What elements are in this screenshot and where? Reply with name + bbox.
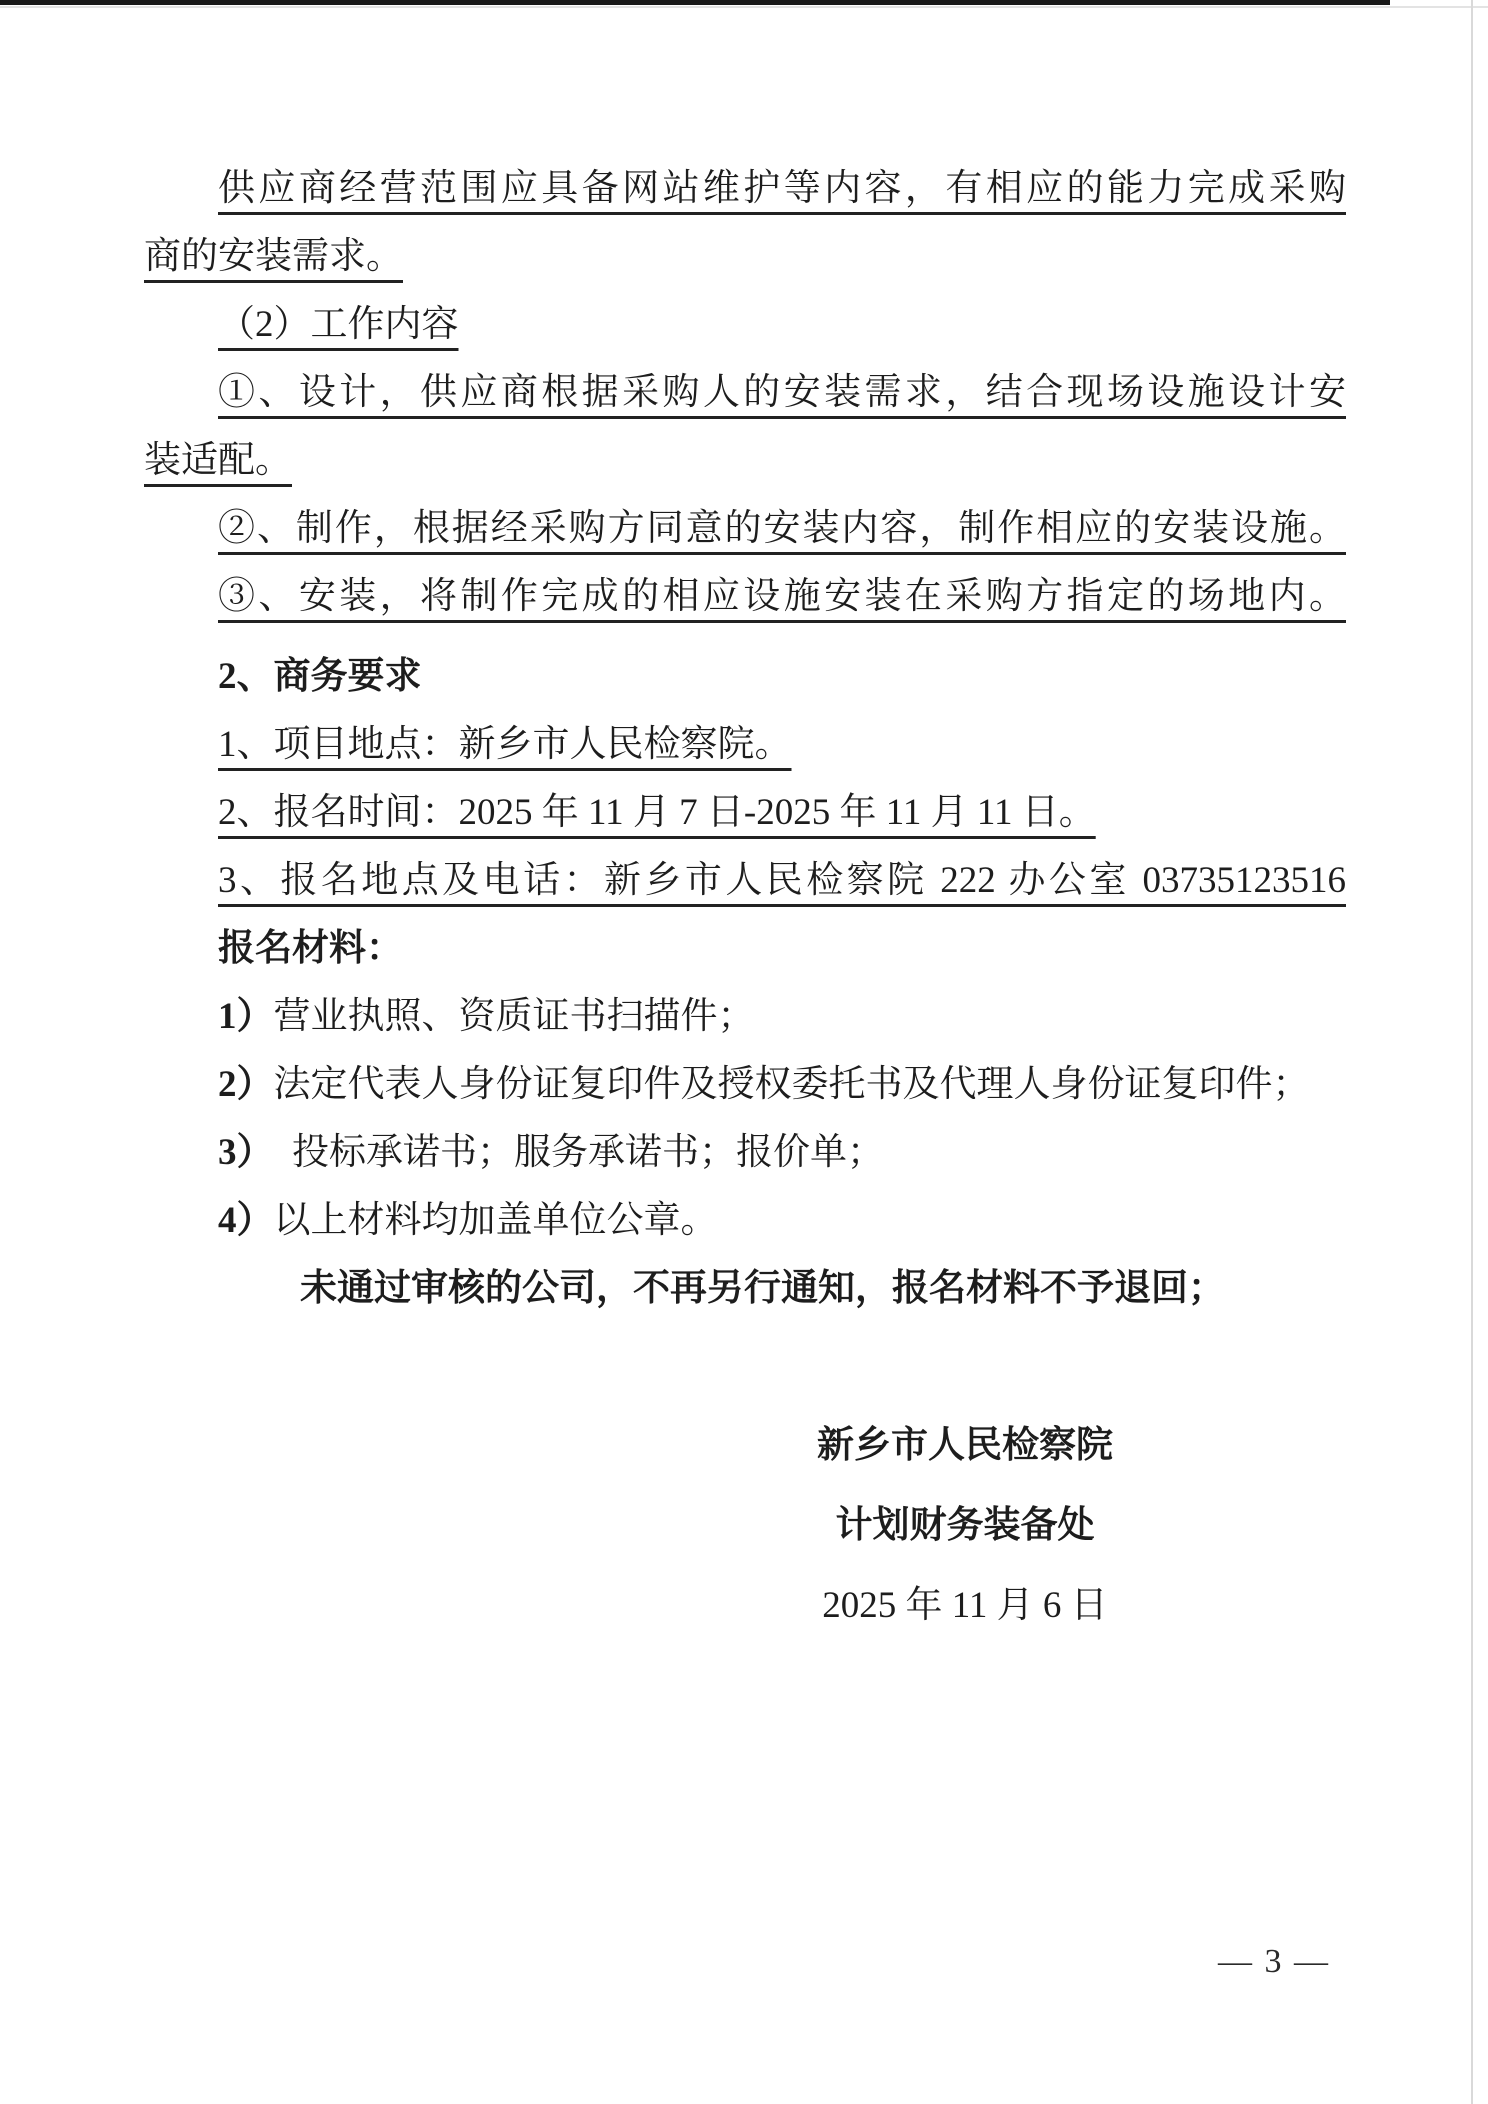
- material-item-2-text: 法定代表人身份证复印件及授权委托书及代理人身份证复印件；: [274, 1064, 1310, 1105]
- item-registration-time: 2、报名时间：2025 年 11 月 7 日-2025 年 11 月 11 日。: [144, 779, 1346, 847]
- note-review-notice: 未通过审核的公司，不再另行通知，报名材料不予退回；: [144, 1255, 1346, 1323]
- document-body: 供应商经营范围应具备网站维护等内容，有相应的能力完成采购 商的安装需求。 （2）…: [144, 155, 1346, 1646]
- material-item-1: 1）营业执照、资质证书扫描件；: [144, 983, 1346, 1051]
- signature-block: 新乡市人民检察院 计划财务装备处 2025 年 11 月 6 日: [705, 1406, 1225, 1646]
- material-item-4: 4）以上材料均加盖单位公章。: [144, 1187, 1346, 1255]
- material-item-1-marker: 1）: [218, 996, 274, 1037]
- material-item-4-marker: 4）: [218, 1200, 274, 1241]
- page-number: — 3 —: [1218, 1943, 1330, 1981]
- material-item-2: 2）法定代表人身份证复印件及授权委托书及代理人身份证复印件；: [144, 1051, 1346, 1119]
- item-design-line2: 装适配。: [144, 427, 1346, 495]
- heading-business-requirements: 2、商务要求: [144, 643, 1346, 711]
- scan-edge-artifact: [1471, 0, 1473, 2104]
- para-supplier-scope-line1: 供应商经营范围应具备网站维护等内容，有相应的能力完成采购: [144, 155, 1346, 223]
- material-item-3-text: 投标承诺书；服务承诺书；报价单；: [255, 1132, 884, 1173]
- material-item-4-text: 以上材料均加盖单位公章。: [274, 1200, 718, 1241]
- item-installation: ③、安装，将制作完成的相应设施安装在采购方指定的场地内。: [144, 563, 1346, 631]
- item-project-location: 1、项目地点：新乡市人民检察院。: [144, 711, 1346, 779]
- material-item-2-marker: 2）: [218, 1064, 274, 1105]
- heading-work-content: （2）工作内容: [144, 291, 1346, 359]
- item-design-line1: ①、设计，供应商根据采购人的安装需求，结合现场设施设计安: [144, 359, 1346, 427]
- material-item-3: 3） 投标承诺书；服务承诺书；报价单；: [144, 1119, 1346, 1187]
- signature-org: 新乡市人民检察院: [705, 1406, 1225, 1486]
- heading-registration-materials: 报名材料：: [144, 915, 1346, 983]
- scan-top-shadow-artifact: [0, 6, 1488, 8]
- material-item-3-marker: 3）: [218, 1132, 255, 1173]
- signature-date: 2025 年 11 月 6 日: [705, 1566, 1225, 1646]
- material-item-1-text: 营业执照、资质证书扫描件；: [274, 996, 755, 1037]
- document-page: 供应商经营范围应具备网站维护等内容，有相应的能力完成采购 商的安装需求。 （2）…: [0, 0, 1488, 2104]
- scan-top-artifact: [0, 0, 1390, 5]
- item-registration-address-phone: 3、报名地点及电话：新乡市人民检察院 222 办公室 03735123516: [144, 847, 1346, 915]
- signature-dept: 计划财务装备处: [705, 1486, 1225, 1566]
- para-supplier-scope-line2: 商的安装需求。: [144, 223, 1346, 291]
- item-fabrication: ②、制作，根据经采购方同意的安装内容，制作相应的安装设施。: [144, 495, 1346, 563]
